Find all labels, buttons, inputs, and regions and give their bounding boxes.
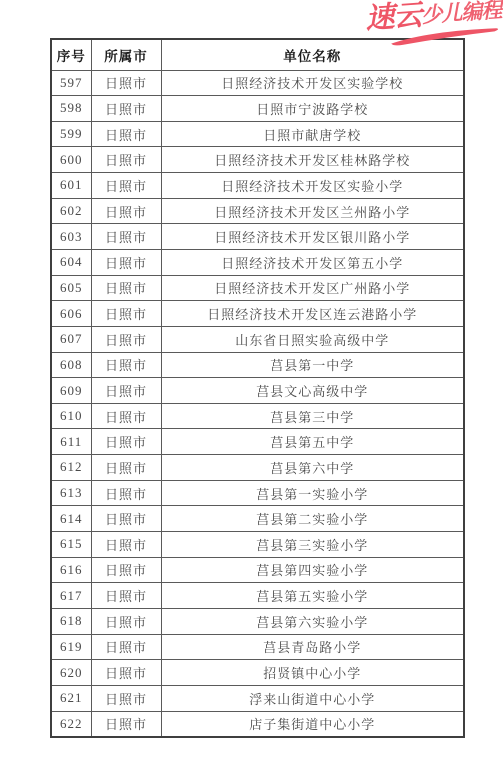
city-cell: 日照市 xyxy=(91,532,161,558)
serial-cell: 622 xyxy=(51,711,91,737)
city-cell: 日照市 xyxy=(91,711,161,737)
unit-name-cell: 莒县第二实验小学 xyxy=(161,506,464,532)
serial-cell: 604 xyxy=(51,249,91,275)
serial-cell: 612 xyxy=(51,455,91,481)
unit-name-cell: 日照经济技术开发区银川路小学 xyxy=(161,224,464,250)
table-row: 602日照市日照经济技术开发区兰州路小学 xyxy=(51,198,464,224)
serial-cell: 602 xyxy=(51,198,91,224)
unit-name-cell: 店子集街道中心小学 xyxy=(161,711,464,737)
unit-name-cell: 莒县第三中学 xyxy=(161,403,464,429)
city-cell: 日照市 xyxy=(91,557,161,583)
city-cell: 日照市 xyxy=(91,634,161,660)
table-row: 598日照市日照市宁波路学校 xyxy=(51,96,464,122)
city-cell: 日照市 xyxy=(91,70,161,96)
watermark-text-main: 速云 xyxy=(364,0,422,35)
city-cell: 日照市 xyxy=(91,121,161,147)
serial-cell: 607 xyxy=(51,326,91,352)
city-cell: 日照市 xyxy=(91,352,161,378)
unit-name-cell: 山东省日照实验高级中学 xyxy=(161,326,464,352)
unit-name-cell: 日照经济技术开发区实验学校 xyxy=(161,70,464,96)
unit-name-cell: 莒县第四实验小学 xyxy=(161,557,464,583)
unit-name-cell: 莒县第五中学 xyxy=(161,429,464,455)
header-row: 序号 所属市 单位名称 xyxy=(51,39,464,70)
serial-cell: 603 xyxy=(51,224,91,250)
city-cell: 日照市 xyxy=(91,608,161,634)
table-row: 601日照市日照经济技术开发区实验小学 xyxy=(51,173,464,199)
unit-name-cell: 莒县青岛路小学 xyxy=(161,634,464,660)
table-row: 605日照市日照经济技术开发区广州路小学 xyxy=(51,275,464,301)
serial-cell: 608 xyxy=(51,352,91,378)
city-cell: 日照市 xyxy=(91,685,161,711)
unit-name-cell: 浮来山街道中心小学 xyxy=(161,685,464,711)
table-row: 606日照市日照经济技术开发区连云港路小学 xyxy=(51,301,464,327)
table-row: 620日照市招贤镇中心小学 xyxy=(51,660,464,686)
serial-cell: 615 xyxy=(51,532,91,558)
serial-cell: 597 xyxy=(51,70,91,96)
unit-name-cell: 日照市献唐学校 xyxy=(161,121,464,147)
unit-name-cell: 莒县文心高级中学 xyxy=(161,378,464,404)
serial-cell: 600 xyxy=(51,147,91,173)
serial-cell: 610 xyxy=(51,403,91,429)
city-cell: 日照市 xyxy=(91,660,161,686)
unit-name-cell: 莒县第六中学 xyxy=(161,455,464,481)
table-row: 614日照市莒县第二实验小学 xyxy=(51,506,464,532)
unit-name-cell: 招贤镇中心小学 xyxy=(161,660,464,686)
city-cell: 日照市 xyxy=(91,326,161,352)
table-row: 604日照市日照经济技术开发区第五小学 xyxy=(51,249,464,275)
serial-cell: 614 xyxy=(51,506,91,532)
serial-cell: 606 xyxy=(51,301,91,327)
city-cell: 日照市 xyxy=(91,480,161,506)
table-row: 607日照市山东省日照实验高级中学 xyxy=(51,326,464,352)
city-cell: 日照市 xyxy=(91,583,161,609)
unit-name-cell: 日照经济技术开发区实验小学 xyxy=(161,173,464,199)
serial-cell: 620 xyxy=(51,660,91,686)
serial-cell: 621 xyxy=(51,685,91,711)
table-row: 615日照市莒县第三实验小学 xyxy=(51,532,464,558)
city-cell: 日照市 xyxy=(91,506,161,532)
city-cell: 日照市 xyxy=(91,96,161,122)
serial-cell: 598 xyxy=(51,96,91,122)
table-row: 622日照市店子集街道中心小学 xyxy=(51,711,464,737)
table-row: 611日照市莒县第五中学 xyxy=(51,429,464,455)
serial-cell: 613 xyxy=(51,480,91,506)
unit-name-cell: 日照市宁波路学校 xyxy=(161,96,464,122)
city-cell: 日照市 xyxy=(91,455,161,481)
header-serial: 序号 xyxy=(51,39,91,70)
table-row: 616日照市莒县第四实验小学 xyxy=(51,557,464,583)
unit-name-cell: 日照经济技术开发区桂林路学校 xyxy=(161,147,464,173)
table-row: 617日照市莒县第五实验小学 xyxy=(51,583,464,609)
serial-cell: 609 xyxy=(51,378,91,404)
table-row: 610日照市莒县第三中学 xyxy=(51,403,464,429)
serial-cell: 616 xyxy=(51,557,91,583)
watermark-text-sub: 少儿编程 xyxy=(421,0,502,27)
table-row: 600日照市日照经济技术开发区桂林路学校 xyxy=(51,147,464,173)
city-cell: 日照市 xyxy=(91,429,161,455)
unit-name-cell: 日照经济技术开发区兰州路小学 xyxy=(161,198,464,224)
city-cell: 日照市 xyxy=(91,403,161,429)
city-cell: 日照市 xyxy=(91,378,161,404)
unit-name-cell: 莒县第三实验小学 xyxy=(161,532,464,558)
serial-cell: 605 xyxy=(51,275,91,301)
unit-name-cell: 日照经济技术开发区连云港路小学 xyxy=(161,301,464,327)
table-row: 619日照市莒县青岛路小学 xyxy=(51,634,464,660)
unit-name-cell: 莒县第六实验小学 xyxy=(161,608,464,634)
serial-cell: 619 xyxy=(51,634,91,660)
table-row: 597日照市日照经济技术开发区实验学校 xyxy=(51,70,464,96)
city-cell: 日照市 xyxy=(91,275,161,301)
table-row: 613日照市莒县第一实验小学 xyxy=(51,480,464,506)
unit-name-cell: 莒县第五实验小学 xyxy=(161,583,464,609)
city-cell: 日照市 xyxy=(91,224,161,250)
table-body: 597日照市日照经济技术开发区实验学校598日照市日照市宁波路学校599日照市日… xyxy=(51,70,464,737)
city-cell: 日照市 xyxy=(91,173,161,199)
table-row: 621日照市浮来山街道中心小学 xyxy=(51,685,464,711)
header-unit-name: 单位名称 xyxy=(161,39,464,70)
unit-name-cell: 莒县第一中学 xyxy=(161,352,464,378)
serial-cell: 617 xyxy=(51,583,91,609)
document-page: 速云少儿编程 序号 所属市 单位名称 597日照市日照经济技术开发区实验学校59… xyxy=(0,0,503,767)
city-cell: 日照市 xyxy=(91,147,161,173)
table-row: 609日照市莒县文心高级中学 xyxy=(51,378,464,404)
city-cell: 日照市 xyxy=(91,249,161,275)
table-row: 603日照市日照经济技术开发区银川路小学 xyxy=(51,224,464,250)
unit-name-cell: 日照经济技术开发区第五小学 xyxy=(161,249,464,275)
unit-name-cell: 莒县第一实验小学 xyxy=(161,480,464,506)
serial-cell: 618 xyxy=(51,608,91,634)
serial-cell: 599 xyxy=(51,121,91,147)
table-header: 序号 所属市 单位名称 xyxy=(51,39,464,70)
table-row: 612日照市莒县第六中学 xyxy=(51,455,464,481)
table-row: 618日照市莒县第六实验小学 xyxy=(51,608,464,634)
header-city: 所属市 xyxy=(91,39,161,70)
table-row: 599日照市日照市献唐学校 xyxy=(51,121,464,147)
unit-name-cell: 日照经济技术开发区广州路小学 xyxy=(161,275,464,301)
serial-cell: 611 xyxy=(51,429,91,455)
school-list-table: 序号 所属市 单位名称 597日照市日照经济技术开发区实验学校598日照市日照市… xyxy=(50,38,465,738)
city-cell: 日照市 xyxy=(91,198,161,224)
table-row: 608日照市莒县第一中学 xyxy=(51,352,464,378)
city-cell: 日照市 xyxy=(91,301,161,327)
serial-cell: 601 xyxy=(51,173,91,199)
